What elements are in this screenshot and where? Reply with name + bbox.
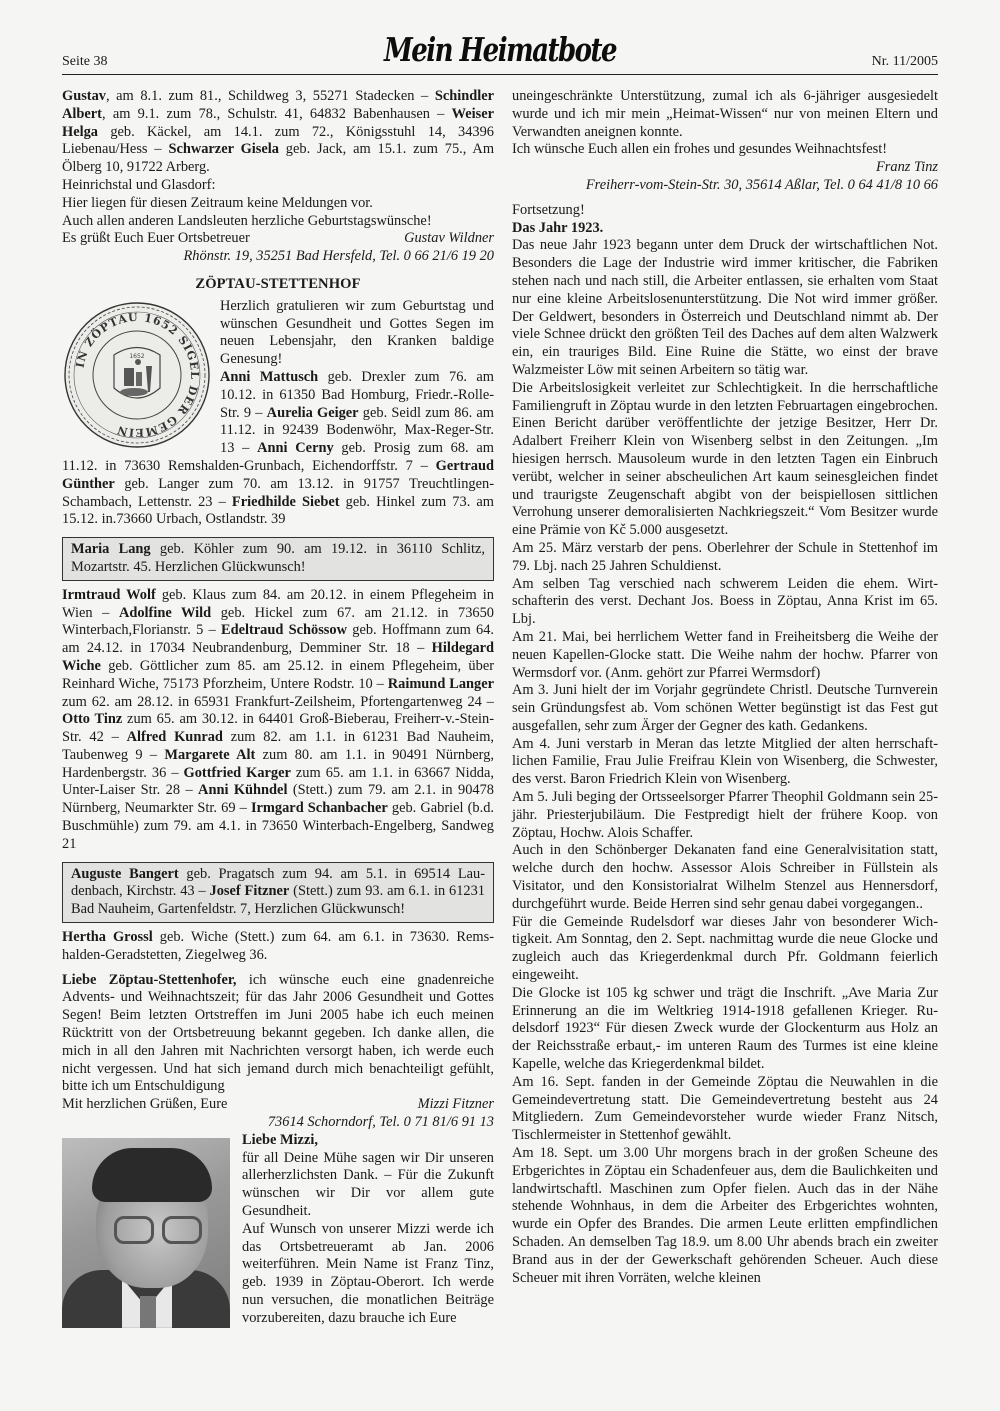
continuation-label: Fortsetzung! [512, 202, 938, 220]
chronicle-title: Das Jahr 1923. [512, 220, 938, 238]
portrait-photo [62, 1138, 230, 1328]
left-column: Gustav, am 8.1. zum 81., Schildweg 3, 55… [62, 88, 494, 1328]
chronicle-paragraph: Das neue Jahr 1923 begann unter dem Druc… [512, 237, 938, 379]
birthday-list-late-december: Irmtraud Wolf geb. Klaus zum 84. am 20.1… [62, 587, 494, 854]
birthday-entry-grossl: Hertha Grossl geb. Wiche (Stett.) zum 64… [62, 929, 494, 965]
signature-address: Freiherr-vom-Stein-Str. 30, 35614 Aßlar,… [512, 177, 938, 195]
page-number: Seite 38 [62, 54, 108, 70]
signature-name: Franz Tinz [512, 159, 938, 177]
chronicle-paragraph: Am 18. Sept. um 3.00 Uhr morgens brach i… [512, 1145, 938, 1287]
farewell-name: Mizzi Fitzner [418, 1096, 494, 1114]
notice-line: Heinrichstal und Glasdorf: [62, 177, 494, 195]
highlight-box-maria-lang: Maria Lang geb. Köhler zum 90. am 19.12.… [62, 537, 494, 581]
chronicle-paragraph: Am selben Tag verschied nach schwerem Le… [512, 576, 938, 629]
chronicle-paragraph: Für die Gemeinde Rudelsdorf war dieses J… [512, 914, 938, 985]
town-seal-icon: IN ZÖPTAU 1652 SIGEL DER GEMEIN 1652 [62, 300, 212, 450]
signature-address: Rhönstr. 19, 35251 Bad Hersfeld, Tel. 0 … [62, 248, 494, 266]
highlight-box-bangert-fitzner: Auguste Bangert geb. Pragatsch zum 94. a… [62, 862, 494, 923]
chronicle-paragraph: Auch in den Schönberger Dekanaten fand e… [512, 842, 938, 913]
highlight-text: Auguste Bangert geb. Pragatsch zum 94. a… [71, 866, 485, 919]
notice-line: Auch allen anderen Landsleuten herzliche… [62, 213, 494, 231]
chronicle-paragraph: Am 21. Mai, bei herrlichem Wetter fand i… [512, 629, 938, 682]
chronicle-paragraph: Am 16. Sept. fanden in der Gemeinde Zöpt… [512, 1074, 938, 1145]
chronicle-paragraph: Am 5. Juli beging der Ortsseelsorger Pfa… [512, 789, 938, 842]
svg-text:1652: 1652 [129, 353, 144, 360]
greeting-text: Es grüßt Euch Euer Ortsbetreuer [62, 230, 250, 248]
signature-name: Gustav Wildner [404, 230, 494, 248]
chronicle-paragraph: Die Glocke ist 105 kg schwer und trägt d… [512, 985, 938, 1074]
farewell-closing: Mit herzlichen Grüßen, Eure [62, 1096, 227, 1114]
right-column: uneingeschränkte Unterstützung, zumal ic… [512, 88, 938, 1287]
chronicle-paragraph: Am 3. Juni hielt der im Vorjahr gegründe… [512, 682, 938, 735]
page-header: Seite 38 Mein Heimatbote Nr. 11/2005 [62, 36, 938, 76]
chronicle-paragraph: Am 4. Juni verstarb in Meran das letzte … [512, 736, 938, 789]
farewell-letter: Liebe Zöptau-Stettenhofer, ich wünsche e… [62, 972, 494, 1097]
notice-line: Hier liegen für diesen Zeitraum keine Me… [62, 195, 494, 213]
farewell-signature: Mit herzlichen Grüßen, Eure Mizzi Fitzne… [62, 1096, 494, 1114]
christmas-wish: Ich wünsche Euch allen ein frohes und ge… [512, 141, 938, 159]
signature-line: Es grüßt Euch Euer Ortsbetreuer Gustav W… [62, 230, 494, 248]
chronicle-paragraph: Die Arbeitslosigkeit verleitet zur Schle… [512, 380, 938, 540]
section-title: ZÖPTAU-STETTENHOF [62, 276, 494, 294]
farewell-address: 73614 Schorndorf, Tel. 0 71 81/6 91 13 [62, 1114, 494, 1132]
chronicle-paragraph: Am 25. März verstarb der pens. Oberlehre… [512, 540, 938, 576]
continued-letter: uneingeschränkte Unterstützung, zumal ic… [512, 88, 938, 141]
issue-number: Nr. 11/2005 [872, 54, 938, 70]
birthday-list-previous: Gustav, am 8.1. zum 81., Schildweg 3, 55… [62, 88, 494, 177]
newspaper-page: Seite 38 Mein Heimatbote Nr. 11/2005 Gus… [0, 0, 1000, 1411]
masthead-logo: Mein Heimatbote [384, 32, 616, 70]
header-rule [62, 74, 938, 75]
highlight-text: Maria Lang geb. Köhler zum 90. am 19.12.… [71, 541, 485, 577]
